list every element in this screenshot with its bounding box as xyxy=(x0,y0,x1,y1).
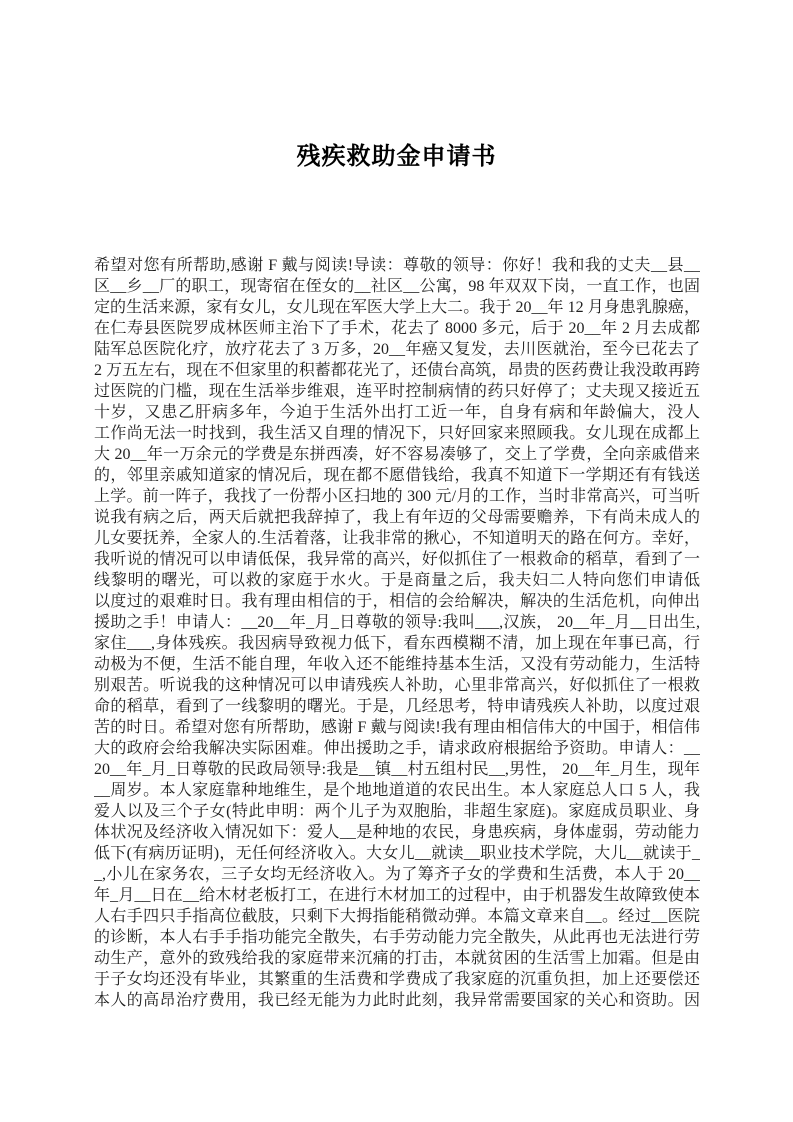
text-line: 在仁寿县医院罗成林医师主治下了手术，花去了 8000 多元，后于 20__年 2… xyxy=(94,318,700,339)
text-line: 人右手四只手指高位截肢，只剩下大拇指能稍微动弹。本篇文章来自__。经过__医院 xyxy=(94,906,700,927)
text-line: 家住___,身体残疾。我因病导致视力低下，看东西模糊不清，加上现在年事已高，行 xyxy=(94,633,700,654)
text-line: 的，邻里亲戚知道家的情况后，现在都不愿借钱给，我真不知道下一学期还有有钱送 xyxy=(94,465,700,486)
document-title: 残疾救助金申请书 xyxy=(0,136,793,171)
text-line: 以度过的艰难时日。我有理由相信的于，相信的会给解决，解决的生活危机，向伸出 xyxy=(94,591,700,612)
text-line: 动极为不便，生活不能自理，年收入还不能维持基本生活，又没有劳动能力，生活特 xyxy=(94,654,700,675)
text-line: 过医院的门槛，现在生活举步维艰，连平时控制病情的药只好停了；丈夫现又接近五 xyxy=(94,381,700,402)
text-line: 线黎明的曙光，可以救的家庭于水火。于是商量之后，我夫妇二人特向您们申请低保， xyxy=(94,570,700,591)
text-line: __周岁。本人家庭靠种地维生，是个地地道道的农民出生。本人家庭总人口 5 人，我… xyxy=(94,780,700,801)
text-line: 低下(有病历证明)，无任何经济收入。大女儿__就读__职业技术学院，大儿__就读… xyxy=(94,843,700,864)
text-line: 定的生活来源，家有女儿，女儿现在军医大学上大二。我于 20__年 12 月身患乳… xyxy=(94,297,700,318)
text-line: 十岁，又患乙肝病多年，今迫于生活外出打工近一年，自身有病和年龄偏大，没人要， xyxy=(94,402,700,423)
text-line: 命的稻草，看到了一线黎明的曙光。于是，几经思考，特申请残疾人补助，以度过艰 xyxy=(94,696,700,717)
text-line: 我听说的情况可以申请低保，我异常的高兴，好似抓住了一根救命的稻草，看到了一 xyxy=(94,549,700,570)
text-line: 2 万五左右，现在不但家里的积蓄都花光了，还债台高筑，昂贵的医药费让我没敢再跨 xyxy=(94,360,700,381)
text-line: 于子女均还没有毕业，其繁重的生活费和学费成了我家庭的沉重负担，加上还要偿还 xyxy=(94,969,700,990)
text-line: 本人的高昂治疗费用，我已经无能为力此时此刻，我异常需要国家的关心和资助。因 xyxy=(94,990,700,1011)
document-body: 希望对您有所帮助,感谢 F 戴与阅读!导读：尊敬的领导：你好！我和我的丈夫__县… xyxy=(94,255,700,1011)
text-line: 爱人以及三个子女(特此申明：两个儿子为双胞胎，非超生家庭)。家庭成员职业、身 xyxy=(94,801,700,822)
text-line: 上学。前一阵子，我找了一份帮小区扫地的 300 元/月的工作，当时非常高兴，可当… xyxy=(94,486,700,507)
text-line: 大的政府会给我解决实际困难。伸出援助之手，请求政府根据给予资助。申请人：__ xyxy=(94,738,700,759)
text-line: _,小儿在家务农，三子女均无经济收入。为了筹齐子女的学费和生活费，本人于 20_… xyxy=(94,864,700,885)
text-line: 希望对您有所帮助,感谢 F 戴与阅读!导读：尊敬的领导：你好！我和我的丈夫__县… xyxy=(94,255,700,276)
text-line: 苦的时日。希望对您有所帮助，感谢 F 戴与阅读!我有理由相信伟大的中国于，相信伟 xyxy=(94,717,700,738)
text-line: 20__年_月_日尊敬的民政局领导:我是__镇__村五组村民__,男性， 20_… xyxy=(94,759,700,780)
text-line: 别艰苦。听说我的这种情况可以申请残疾人补助，心里非常高兴，好似抓住了一根救 xyxy=(94,675,700,696)
text-line: 陆军总医院化疗，放疗花去了 3 万多，20__年癌又复发，去川医就治，至今已花去… xyxy=(94,339,700,360)
text-line: 工作尚无法一时找到，我生活又自理的情况下，只好回家来照顾我。女儿现在成都上 xyxy=(94,423,700,444)
text-line: 的诊断，本人右手手指功能完全散失，右手劳动能力完全散失，从此再也无法进行劳 xyxy=(94,927,700,948)
text-line: 援助之手！申请人：__20__年_月_日尊敬的领导:我叫___,汉族， 20__… xyxy=(94,612,700,633)
text-line: 动生产，意外的致残给我的家庭带来沉痛的打击，本就贫困的生活雪上加霜。但是由 xyxy=(94,948,700,969)
text-line: 儿女要抚养，全家人的.生活着落，让我非常的揪心，不知道明天的路在何方。幸好， xyxy=(94,528,700,549)
document-page: 残疾救助金申请书 希望对您有所帮助,感谢 F 戴与阅读!导读：尊敬的领导：你好！… xyxy=(0,0,793,1122)
text-line: 年_月__日在__给木材老板打工，在进行木材加工的过程中，由于机器发生故障致使本 xyxy=(94,885,700,906)
text-line: 大 20__年一万余元的学费是东拼西凑，好不容易凑够了，交上了学费，全向亲戚借来 xyxy=(94,444,700,465)
text-line: 说我有病之后，两天后就把我辞掉了，我上有年迈的父母需要赡养，下有尚未成人的 xyxy=(94,507,700,528)
text-line: 区__乡__厂的职工，现寄宿在侄女的__社区__公寓，98 年双双下岗，一直工作… xyxy=(94,276,700,297)
text-line: 体状况及经济收入情况如下：爱人__是种地的农民，身患疾病，身体虚弱，劳动能力 xyxy=(94,822,700,843)
